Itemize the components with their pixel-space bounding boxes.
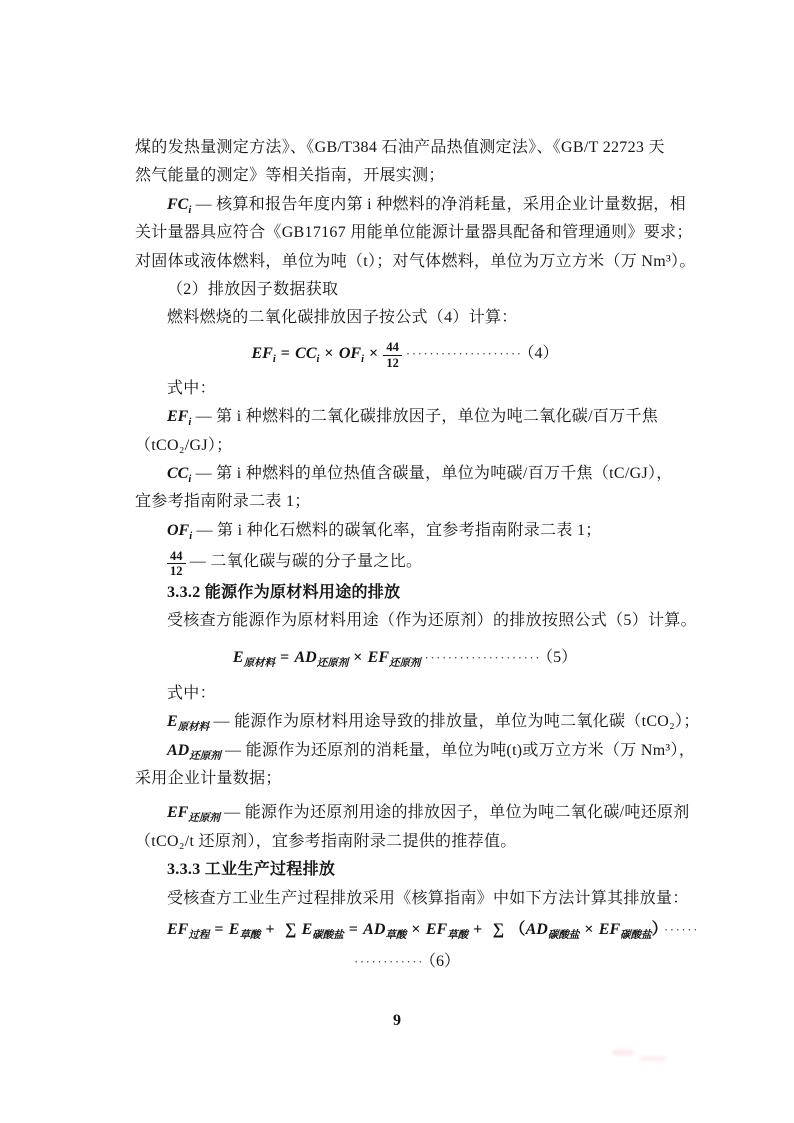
dotted-leader: ···················· [424,650,541,665]
definition-44-12: 4412 — 二氧化碳与碳的分子量之比。 [135,545,675,579]
sigma-symbol: ∑ [285,921,297,938]
definition-e-raw-material: E原材料 — 能源作为原材料用途导致的排放量，单位为吨二氧化碳（tCO₂）； [135,708,675,736]
formula-6-line-1: EF过程=E草酸+∑E碳酸盐=AD草酸×EF草酸+∑（AD碳酸盐×EF碳酸盐）·… [135,913,675,947]
text-line: 关计量器具应符合《GB17167 用能单位能源计量器具配备和管理通则》要求； [135,219,675,247]
scan-artifact [640,1056,666,1061]
formula-6-label: （6） [428,953,460,970]
text-line: 受核查方工业生产过程排放采用《核算指南》中如下方法计算其排放量： [135,885,675,913]
definition-of: OFi — 第 i 种化石燃料的碳氧化率，宜参考指南附录二表 1； [135,517,675,545]
scan-artifact [612,1050,634,1055]
formula-5-label: （5） [545,649,577,666]
formula-6-line-2: ············（6） [135,947,675,977]
definition-ef-reductant: EF还原剂 — 能源作为还原剂用途的排放因子，单位为吨二氧化碳/吨还原剂 [135,799,675,827]
text-line: 然气能量的测定》等相关指南，开展实测； [135,162,675,190]
definition-cc: CCi — 第 i 种燃料的单位热值含碳量，单位为吨碳/百万千焦（tC/GJ）， [135,460,675,488]
dotted-leader: ···················· [406,346,523,361]
dotted-leader: ············ [354,954,424,969]
sigma-symbol: ∑ [493,921,505,938]
body-text: 煤的发热量测定方法》、《GB/T384 石油产品热值测定法》、《GB/T 227… [135,134,675,977]
definition-fc: FCi — 核算和报告年度内第 i 种燃料的净消耗量，采用企业计量数据，相 [135,191,675,219]
text-line: 煤的发热量测定方法》、《GB/T384 石油产品热值测定法》、《GB/T 227… [135,134,675,162]
text-line: 受核查方能源作为原材料用途（作为还原剂）的排放按照公式（5）计算。 [135,607,675,635]
formula-4-label: （4） [527,345,559,362]
text-line: 宜参考指南附录二表 1； [135,488,675,516]
text-line: 式中： [135,375,675,403]
page-number: 9 [393,1012,401,1030]
text-line: 采用企业计量数据； [135,765,675,793]
text-line: 对固体或液体燃料，单位为吨（t）；对气体燃料，单位为万立方米（万 Nm³）。 [135,248,675,276]
text-line: 式中： [135,680,675,708]
fraction-44-12: 4412 [167,550,186,578]
definition-ef: EFi — 第 i 种燃料的二氧化碳排放因子，单位为吨二氧化碳/百万千焦 [135,403,675,431]
definition-ad-reductant: AD还原剂 — 能源作为还原剂的消耗量，单位为吨(t)或万立方米（万 Nm³）， [135,737,675,765]
section-heading-3-3-3: 3.3.3 工业生产过程排放 [135,856,675,884]
formula-4: EFi=CCi×OFi×4412····················（4） [135,333,675,375]
dotted-leader: ······ [664,922,699,937]
text-line: （tCO₂/t 还原剂），宜参考指南附录二提供的推荐值。 [135,828,675,856]
document-page: 煤的发热量测定方法》、《GB/T384 石油产品热值测定法》、《GB/T 227… [0,0,794,1123]
formula-5: E原材料=AD还原剂×EF还原剂····················（5） [135,636,675,680]
formula-4-intro: 燃料燃烧的二氧化碳排放因子按公式（4）计算： [135,304,675,332]
fraction-44-12: 4412 [383,341,402,369]
section-heading-3-3-2: 3.3.2 能源作为原材料用途的排放 [135,579,675,607]
text-line: （tCO₂/GJ）； [135,432,675,460]
list-item-2-heading: （2）排放因子数据获取 [135,276,675,304]
